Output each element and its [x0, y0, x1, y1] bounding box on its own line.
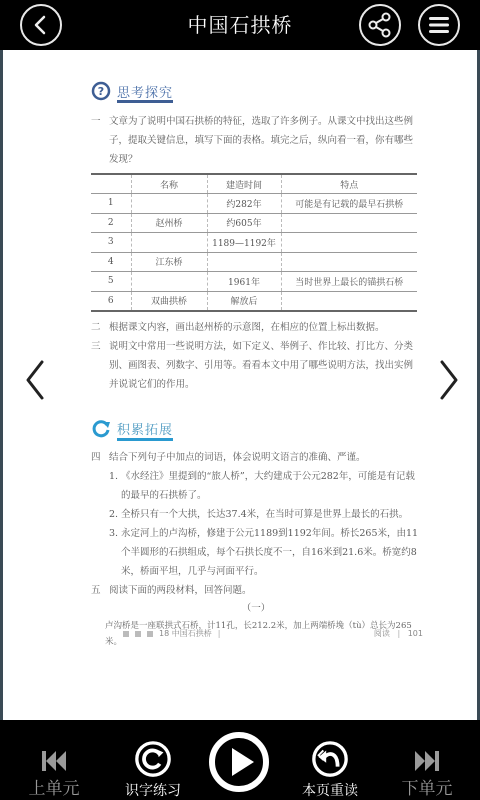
question-text: 文章为了说明中国石拱桥的特征，选取了许多例子。从课文中找出这些例子，提取关键信息…: [109, 112, 421, 169]
question-number: 四: [91, 448, 109, 467]
table-cell: 解放后: [207, 291, 281, 311]
previous-unit-button[interactable]: 上单元: [22, 720, 86, 800]
table-cell: [281, 213, 417, 233]
table-cell: 4: [91, 252, 131, 272]
table-cell: 双曲拱桥: [131, 291, 207, 311]
svg-text:?: ?: [98, 85, 104, 98]
table-row: 5 1961年 当时世界上最长的锚拱石桥: [91, 272, 417, 292]
item-number: 2.: [109, 505, 121, 524]
footer-chapter-title: 18 中国石拱桥: [159, 628, 212, 639]
toolbar-label: 本页重读: [302, 780, 358, 800]
table-header: 建造时间: [207, 174, 281, 194]
question-number: 三: [91, 337, 109, 394]
table-cell: 江东桥: [131, 252, 207, 272]
question-2: 二 根据课文内容，画出赵州桥的示意图，在相应的位置上标出数据。: [91, 318, 421, 337]
question-text: 根据课文内容，画出赵州桥的示意图，在相应的位置上标出数据。: [109, 318, 421, 337]
footer-chapter: 18 中国石拱桥 |: [123, 628, 220, 639]
section-header-thinking: ? 思考探究: [91, 78, 421, 104]
table-cell: 可能是有记载的最早石拱桥: [281, 194, 417, 214]
table-cell: 约282年: [207, 194, 281, 214]
table-cell: [281, 233, 417, 253]
question-number: 五: [91, 581, 109, 600]
footer-page: 阅读 | 101: [374, 628, 423, 639]
decorative-square: [147, 631, 153, 637]
skip-next-icon: [414, 750, 440, 772]
table-row: 3 1189—1192年: [91, 233, 417, 253]
question-number: 二: [91, 318, 109, 337]
hamburger-menu-icon: [428, 15, 450, 35]
table-cell: [207, 252, 281, 272]
item-text: 《水经注》里提到的“旅人桥”，大约建成于公元282年，可能是有记载的最早的石拱桥…: [121, 467, 421, 505]
question-text: 阅读下面的两段材料，回答问题。: [109, 581, 421, 600]
table-cell: 1: [91, 194, 131, 214]
table-row: 6 双曲拱桥 解放后: [91, 291, 417, 311]
skip-previous-icon: [41, 750, 67, 772]
bridges-table: 名称 建造时间 特点 1 约282年 可能是有记载的最早石拱桥 2 赵州桥 约6…: [91, 173, 417, 312]
bottom-toolbar: 上单元 识字练习 本页重读 下单元: [0, 720, 480, 800]
page-title: 中国石拱桥: [0, 9, 480, 38]
table-cell: 6: [91, 291, 131, 311]
item-text: 全桥只有一个大拱，长达37.4米，在当时可算是世界上最长的石拱。: [121, 505, 421, 524]
footer-section: 阅读: [374, 629, 390, 638]
footer-divider: |: [218, 629, 221, 638]
literacy-practice-button[interactable]: 识字练习: [118, 720, 188, 800]
top-bar: 中国石拱桥: [0, 0, 480, 50]
footer-divider: |: [397, 629, 400, 638]
toolbar-label: 上单元: [29, 774, 80, 799]
table-cell: [131, 272, 207, 292]
table-cell: 当时世界上最长的锚拱石桥: [281, 272, 417, 292]
textbook-page: ? 思考探究 一 文章为了说明中国石拱桥的特征，选取了许多例子。从课文中找出这些…: [91, 78, 421, 650]
share-icon: [367, 12, 393, 38]
table-cell: 5: [91, 272, 131, 292]
chevron-right-icon: [438, 358, 460, 402]
question-3: 三 说明文中常用一些说明方法，如下定义、举例子、作比较、打比方、分类别、画图表、…: [91, 337, 421, 394]
section-underline: [117, 100, 173, 103]
question-4: 四 结合下列句子中加点的词语，体会说明文语言的准确、严谨。: [91, 448, 421, 467]
table-cell: 1189—1192年: [207, 233, 281, 253]
decorative-square: [123, 631, 129, 637]
table-header: 特点: [281, 174, 417, 194]
item-text: 永定河上的卢沟桥，修建于公元1189到1192年间。桥长265米，由11个半圆形…: [121, 524, 421, 581]
decorative-square: [135, 631, 141, 637]
section-header-accumulate: 积累拓展: [91, 416, 421, 442]
toolbar-label: 识字练习: [125, 780, 181, 800]
chevron-left-icon: [24, 358, 46, 402]
table-cell: [281, 291, 417, 311]
page-number: 101: [408, 629, 423, 638]
play-button[interactable]: [206, 720, 272, 800]
table-cell: [131, 194, 207, 214]
question-4-item-1: 1. 《水经注》里提到的“旅人桥”，大约建成于公元282年，可能是有记载的最早的…: [91, 467, 421, 505]
question-4-item-2: 2. 全桥只有一个大拱，长达37.4米，在当时可算是世界上最长的石拱。: [91, 505, 421, 524]
share-button[interactable]: [359, 4, 401, 46]
toolbar-label: 下单元: [402, 774, 453, 799]
refresh-arrow-icon: [91, 419, 111, 439]
section-title: 积累拓展: [117, 419, 173, 438]
table-row: 4 江东桥: [91, 252, 417, 272]
question-circle-icon: ?: [91, 81, 111, 101]
table-cell: [281, 252, 417, 272]
question-5: 五 阅读下面的两段材料，回答问题。: [91, 581, 421, 600]
table-cell: 3: [91, 233, 131, 253]
table-cell: 约605年: [207, 213, 281, 233]
reread-page-button[interactable]: 本页重读: [298, 720, 362, 800]
menu-button[interactable]: [418, 4, 460, 46]
page-footer: 18 中国石拱桥 | 阅读 | 101: [123, 628, 423, 644]
question-number: 一: [91, 112, 109, 169]
question-text: 说明文中常用一些说明方法，如下定义、举例子、作比较、打比方、分类别、画图表、列数…: [109, 337, 421, 394]
table-cell: [131, 233, 207, 253]
table-header: 名称: [131, 174, 207, 194]
item-number: 3.: [109, 524, 121, 581]
table-cell: 赵州桥: [131, 213, 207, 233]
table-row: 2 赵州桥 约605年: [91, 213, 417, 233]
section-underline: [117, 438, 173, 441]
next-page-button[interactable]: [431, 350, 467, 410]
material-part-label: （一）: [91, 600, 421, 618]
previous-page-button[interactable]: [17, 350, 53, 410]
question-4-item-3: 3. 永定河上的卢沟桥，修建于公元1189到1192年间。桥长265米，由11个…: [91, 524, 421, 581]
table-cell: 1961年: [207, 272, 281, 292]
page-viewport[interactable]: ? 思考探究 一 文章为了说明中国石拱桥的特征，选取了许多例子。从课文中找出这些…: [0, 50, 480, 720]
next-unit-button[interactable]: 下单元: [395, 720, 459, 800]
replay-circle-icon: [310, 740, 350, 778]
table-row: 1 约282年 可能是有记载的最早石拱桥: [91, 194, 417, 214]
question-1: 一 文章为了说明中国石拱桥的特征，选取了许多例子。从课文中找出这些例子，提取关键…: [91, 112, 421, 169]
copyright-circle-icon: [133, 740, 173, 778]
table-header-row: 名称 建造时间 特点: [91, 174, 417, 194]
section-title: 思考探究: [117, 82, 173, 101]
question-text: 结合下列句子中加点的词语，体会说明文语言的准确、严谨。: [109, 448, 421, 467]
play-circle-icon: [208, 731, 270, 793]
item-number: 1.: [109, 467, 121, 505]
table-header: [91, 174, 131, 194]
table-cell: 2: [91, 213, 131, 233]
